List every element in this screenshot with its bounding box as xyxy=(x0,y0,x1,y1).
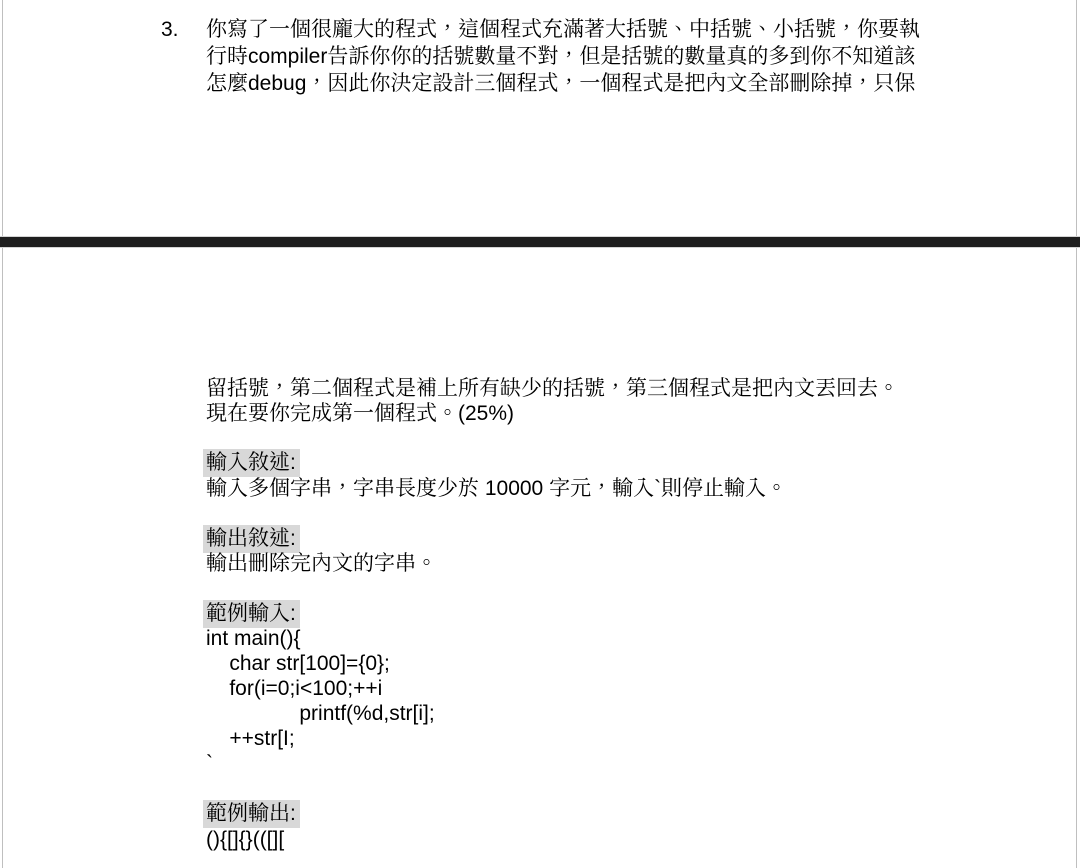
document-page-1: 3. 你寫了一個很龐大的程式，這個程式充滿著大括號、中括號、小括號，你要執 行時… xyxy=(2,0,1077,236)
document-viewport: 3. 你寫了一個很龐大的程式，這個程式充滿著大括號、中括號、小括號，你要執 行時… xyxy=(0,0,1080,868)
code-line: ++str[I; xyxy=(206,726,435,751)
document-page-2: 留括號，第二個程式是補上所有缺少的括號，第三個程式是把內文丟回去。 現在要你完成… xyxy=(2,248,1077,868)
input-description-label: 輸入敘述: xyxy=(203,449,300,477)
code-line: for(i=0;i<100;++i xyxy=(206,676,435,701)
question-line: 怎麼debug，因此你決定設計三個程式，一個程式是把內文全部刪除掉，只保 xyxy=(206,70,920,97)
sample-input-code: int main(){ char str[100]={0}; for(i=0;i… xyxy=(206,626,435,776)
question-line: 你寫了一個很龐大的程式，這個程式充滿著大括號、中括號、小括號，你要執 xyxy=(206,16,920,43)
code-line: char str[100]={0}; xyxy=(206,651,435,676)
question-paragraph: 你寫了一個很龐大的程式，這個程式充滿著大括號、中括號、小括號，你要執 行時com… xyxy=(206,16,920,97)
code-line: ` xyxy=(206,751,435,776)
question-line: 行時compiler告訴你你的括號數量不對，但是括號的數量真的多到你不知道該 xyxy=(206,43,920,70)
output-description-label: 輸出敘述: xyxy=(203,525,300,553)
sample-input-label: 範例輸入: xyxy=(203,600,300,628)
page-break-divider xyxy=(0,236,1080,248)
output-description-text: 輸出刪除完內文的字串。 xyxy=(206,551,437,576)
question-paragraph-continued: 留括號，第二個程式是補上所有缺少的括號，第三個程式是把內文丟回去。 現在要你完成… xyxy=(206,376,899,426)
question-number: 3. xyxy=(161,16,179,43)
sample-output-label: 範例輸出: xyxy=(203,800,300,828)
question-line: 現在要你完成第一個程式。(25%) xyxy=(206,401,899,426)
question-line: 留括號，第二個程式是補上所有缺少的括號，第三個程式是把內文丟回去。 xyxy=(206,376,899,401)
sample-output-text: (){[]{}(([][ xyxy=(206,827,284,852)
code-line: int main(){ xyxy=(206,626,435,651)
code-line: printf(%d,str[i]; xyxy=(206,701,435,726)
input-description-text: 輸入多個字串，字串長度少於 10000 字元，輸入`則停止輸入。 xyxy=(206,476,787,501)
